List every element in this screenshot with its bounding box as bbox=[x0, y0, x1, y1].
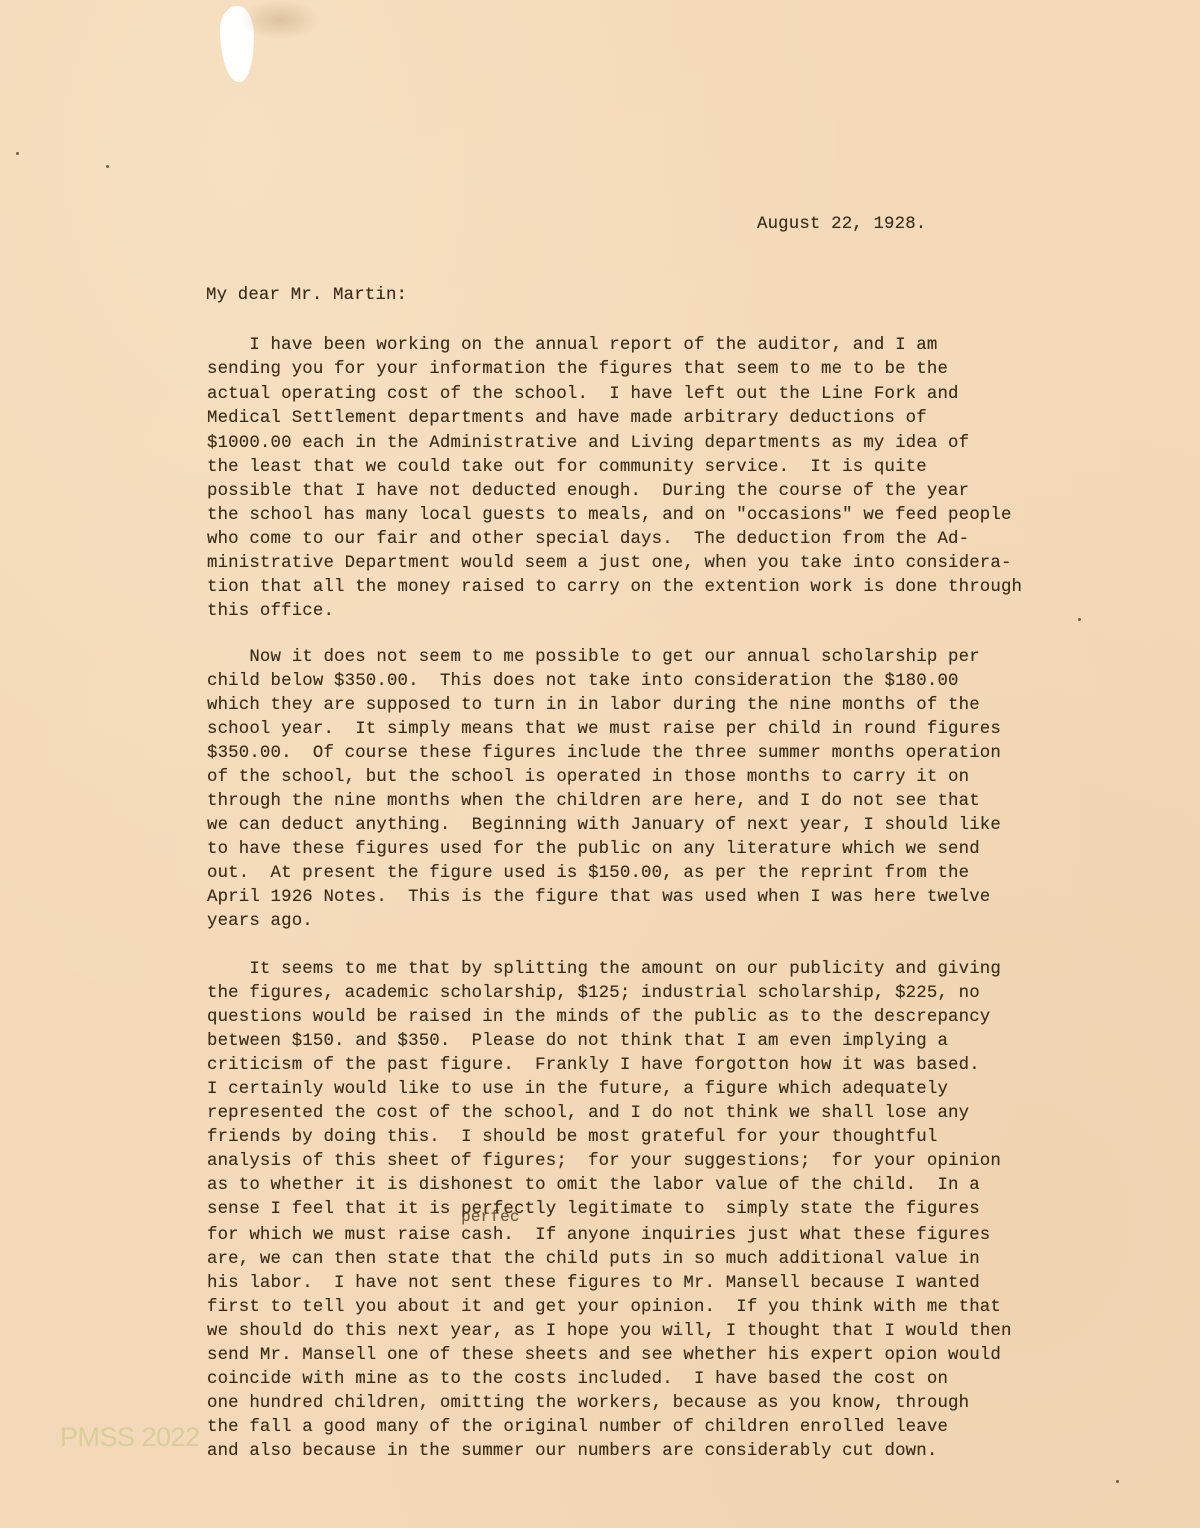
text-line: $1000.00 each in the Administrative and … bbox=[207, 434, 969, 454]
text-line: the figures, academic scholarship, $125;… bbox=[207, 984, 980, 1004]
text-line: we can deduct anything. Beginning with J… bbox=[207, 816, 1001, 836]
text-line: the fall a good many of the original num… bbox=[207, 1418, 948, 1438]
text-segment: sense I feel that it is bbox=[207, 1200, 461, 1219]
typed-correction: perfec bbox=[461, 1207, 520, 1227]
text-line: out. At present the figure used is $150.… bbox=[207, 864, 969, 884]
text-line: this office. bbox=[207, 602, 334, 622]
letter-date: August 22, 1928. bbox=[757, 215, 926, 235]
text-line: school year. It simply means that we mus… bbox=[207, 720, 1001, 740]
text-line: and also because in the summer our numbe… bbox=[207, 1442, 937, 1462]
overstruck-word: perfectlyperfec bbox=[461, 1200, 556, 1220]
text-line: sending you for your information the fig… bbox=[207, 360, 948, 380]
text-line-with-correction: sense I feel that it is perfectlyperfec … bbox=[207, 1200, 980, 1220]
text-line: Medical Settlement departments and have … bbox=[207, 409, 927, 429]
text-line: as to whether it is dishonest to omit th… bbox=[207, 1176, 980, 1196]
text-line: first to tell you about it and get your … bbox=[207, 1298, 1001, 1318]
text-line: child below $350.00. This does not take … bbox=[207, 672, 959, 692]
paper-speck bbox=[1078, 618, 1081, 621]
archive-watermark: PMSS 2022 bbox=[60, 1422, 200, 1453]
text-line: who come to our fair and other special d… bbox=[207, 530, 969, 550]
text-line: through the nine months when the childre… bbox=[207, 792, 980, 812]
text-line: we should do this next year, as I hope y… bbox=[207, 1322, 1012, 1342]
text-line: April 1926 Notes. This is the figure tha… bbox=[207, 888, 990, 908]
text-line: tion that all the money raised to carry … bbox=[207, 578, 1022, 598]
text-line: I certainly would like to use in the fut… bbox=[207, 1080, 948, 1100]
text-line: Now it does not seem to me possible to g… bbox=[207, 648, 980, 668]
text-line: possible that I have not deducted enough… bbox=[207, 482, 969, 502]
text-line: his labor. I have not sent these figures… bbox=[207, 1274, 980, 1294]
paper-speck bbox=[1116, 1480, 1119, 1483]
text-line: I have been working on the annual report… bbox=[207, 336, 937, 356]
text-segment: legitimate to simply state the figures bbox=[556, 1200, 979, 1219]
text-line: ministrative Department would seem a jus… bbox=[207, 554, 1012, 574]
text-line: friends by doing this. I should be most … bbox=[207, 1128, 937, 1148]
text-line: actual operating cost of the school. I h… bbox=[207, 385, 959, 405]
letter-salutation: My dear Mr. Martin: bbox=[206, 286, 407, 306]
text-line: the school has many local guests to meal… bbox=[207, 506, 1012, 526]
text-line: analysis of this sheet of figures; for y… bbox=[207, 1152, 1001, 1172]
text-line: questions would be raised in the minds o… bbox=[207, 1008, 990, 1028]
text-line: which they are supposed to turn in in la… bbox=[207, 696, 980, 716]
text-line: to have these figures used for the publi… bbox=[207, 840, 980, 860]
text-line: send Mr. Mansell one of these sheets and… bbox=[207, 1346, 1001, 1366]
text-line: It seems to me that by splitting the amo… bbox=[207, 960, 1001, 980]
paper-smudge bbox=[240, 0, 320, 40]
text-line: one hundred children, omitting the worke… bbox=[207, 1394, 969, 1414]
text-line: criticism of the past figure. Frankly I … bbox=[207, 1056, 980, 1076]
paper-speck bbox=[106, 165, 109, 168]
letter-page: August 22, 1928. My dear Mr. Martin: I h… bbox=[0, 0, 1200, 1528]
text-line: for which we must raise cash. If anyone … bbox=[207, 1226, 990, 1246]
text-line: $350.00. Of course these figures include… bbox=[207, 744, 1001, 764]
paper-speck bbox=[16, 152, 19, 155]
text-line: coincide with mine as to the costs inclu… bbox=[207, 1370, 948, 1390]
text-line: the least that we could take out for com… bbox=[207, 458, 927, 478]
text-line: years ago. bbox=[207, 912, 313, 932]
text-line: between $150. and $350. Please do not th… bbox=[207, 1032, 948, 1052]
text-line: are, we can then state that the child pu… bbox=[207, 1250, 980, 1270]
text-line: represented the cost of the school, and … bbox=[207, 1104, 969, 1124]
text-line: of the school, but the school is operate… bbox=[207, 768, 969, 788]
